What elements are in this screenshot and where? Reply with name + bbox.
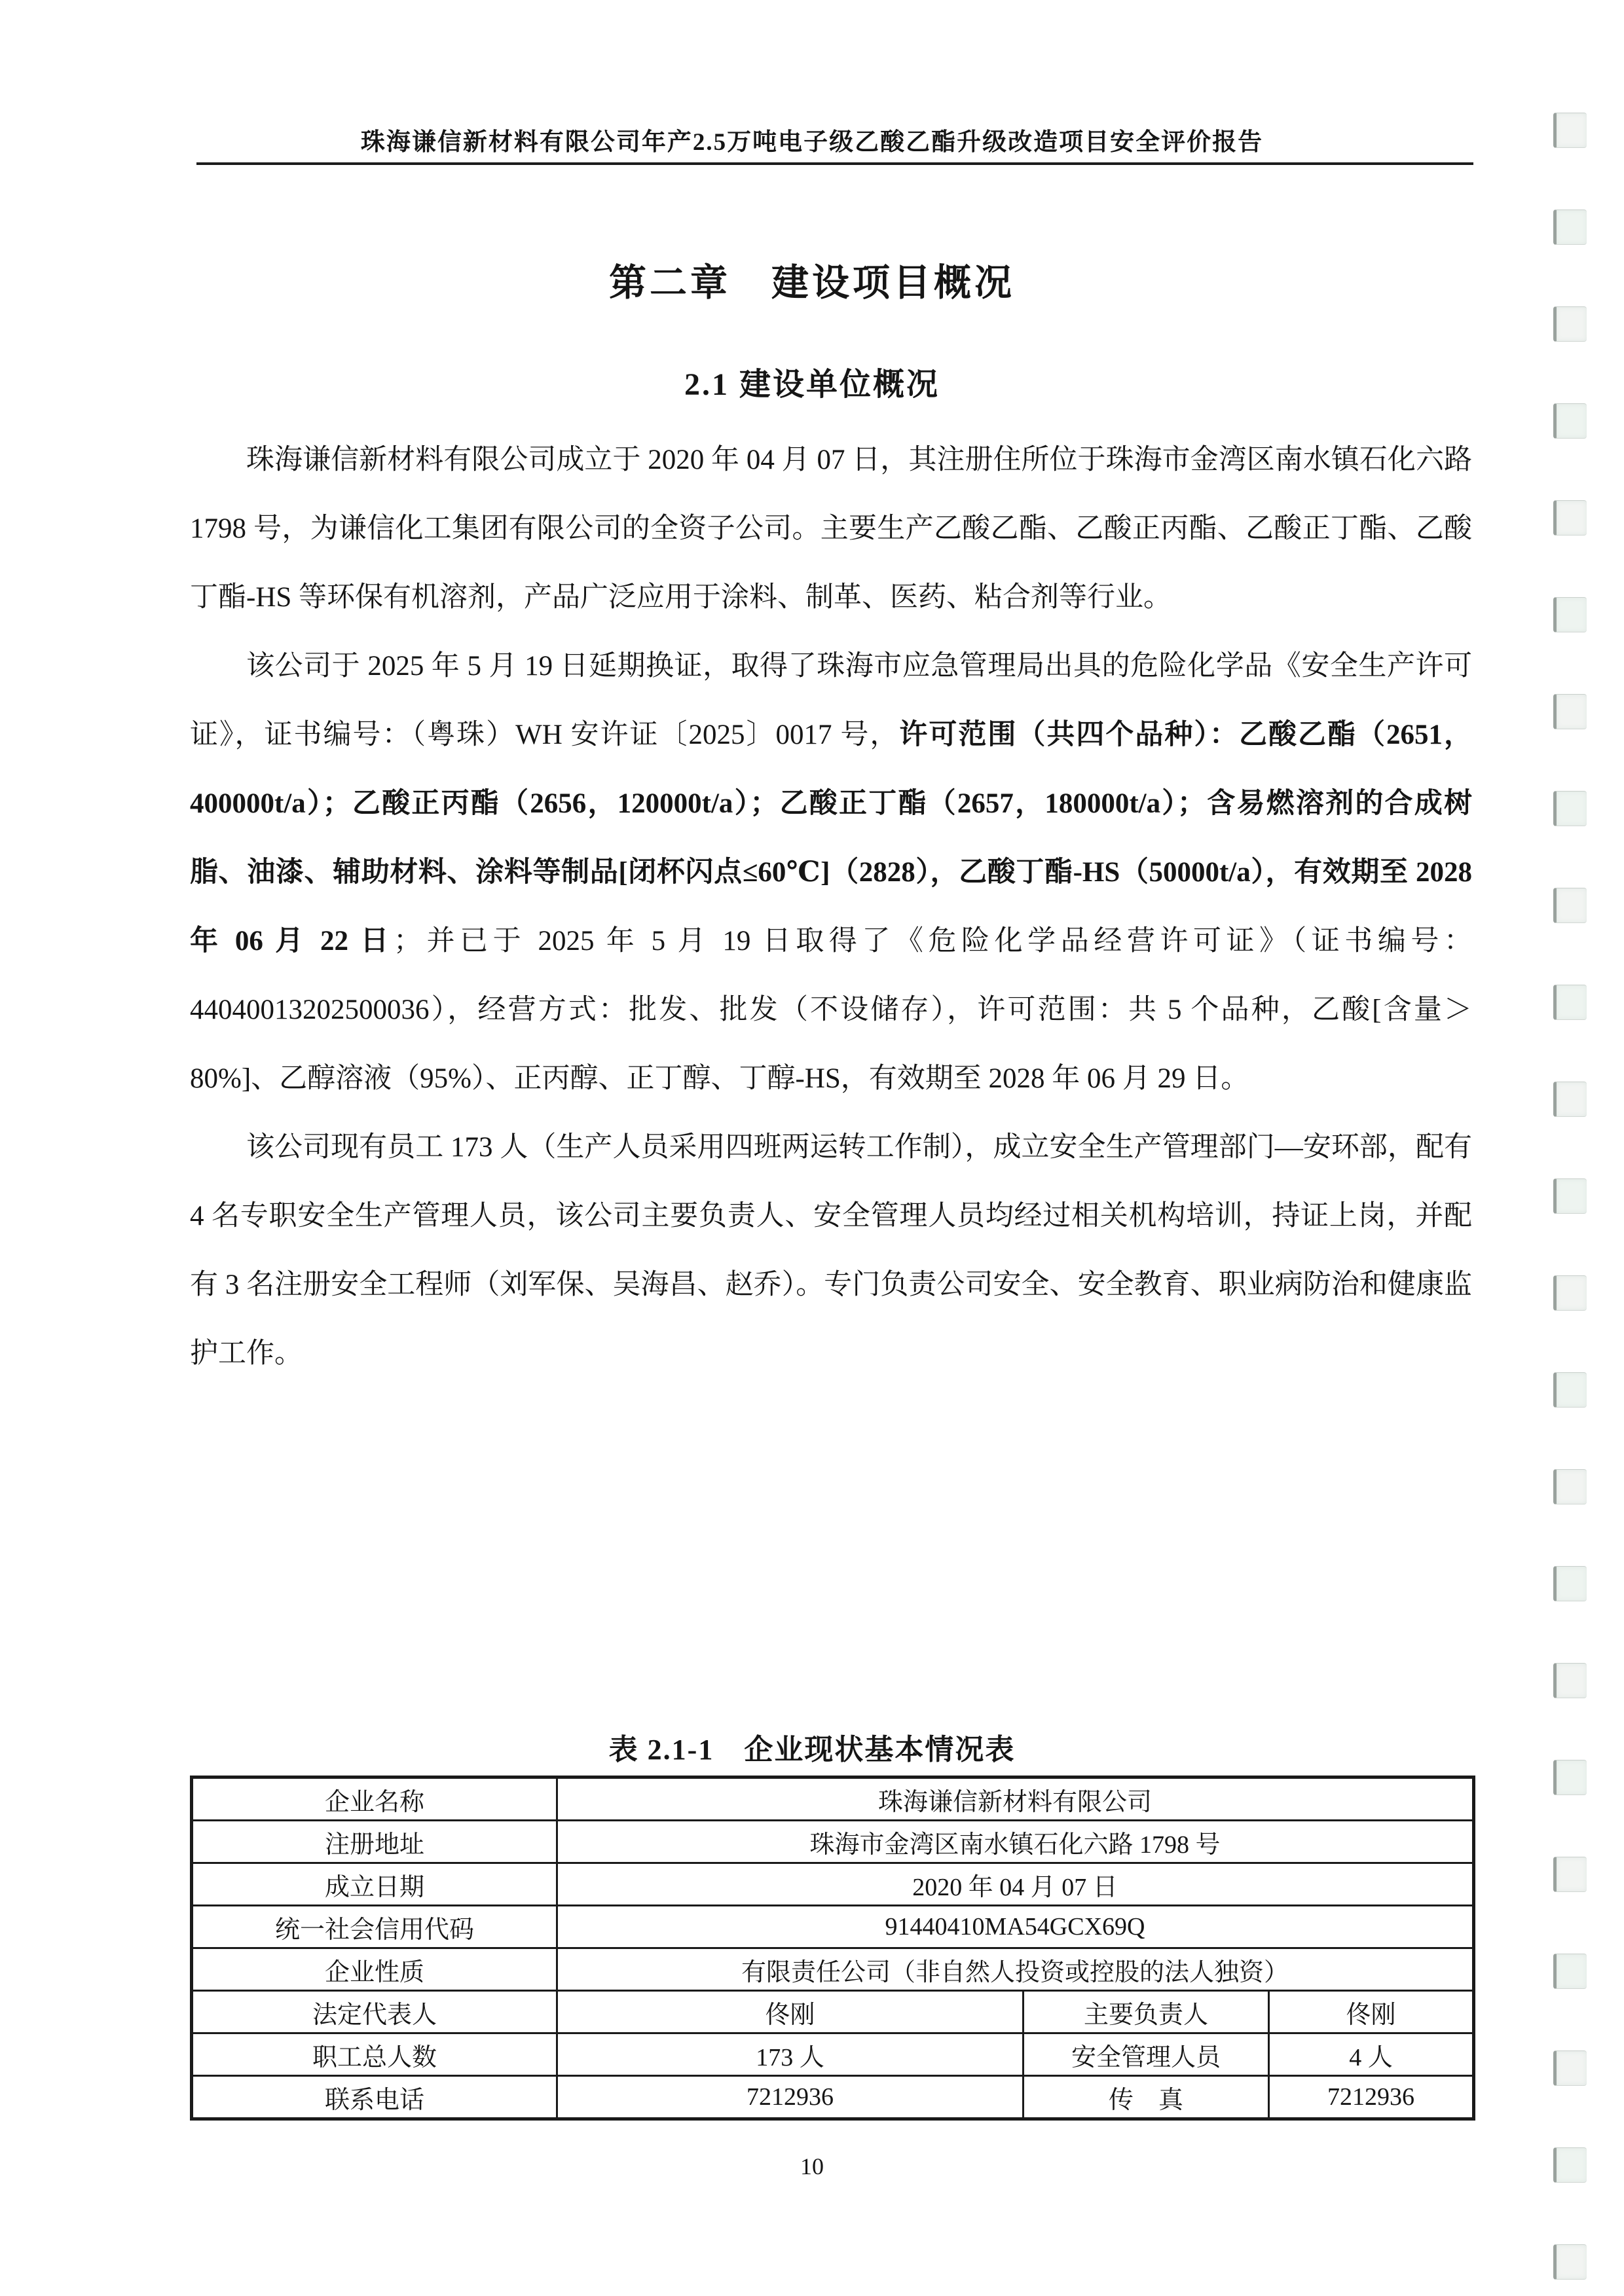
license-scope-bold: 许可范围（共四个品种）：乙酸乙酯（2651，400000t/a）；乙酸正丙酯（2… [190, 720, 1472, 957]
row-value: 佟刚 [1269, 1991, 1474, 2033]
row-value: 7212936 [557, 2076, 1024, 2119]
table-row: 法定代表人 佟刚 主要负责人 佟刚 [192, 1991, 1474, 2033]
row-value: 4 人 [1269, 2033, 1474, 2076]
row-label: 企业性质 [192, 1948, 557, 1991]
binding-hole [1553, 1857, 1587, 1892]
row-label: 法定代表人 [192, 1991, 557, 2033]
scanned-report-page: 珠海谦信新材料有限公司年产2.5万吨电子级乙酸乙酯升级改造项目安全评价报告 第二… [0, 0, 1624, 2296]
table-row: 统一社会信用代码 91440410MA54GCX69Q [192, 1906, 1474, 1948]
running-header: 珠海谦信新材料有限公司年产2.5万吨电子级乙酸乙酯升级改造项目安全评价报告 [0, 122, 1624, 157]
table-row: 职工总人数 173 人 安全管理人员 4 人 [192, 2033, 1474, 2076]
body-text: 珠海谦信新材料有限公司成立于 2020 年 04 月 07 日，其注册住所位于珠… [190, 426, 1472, 1388]
binding-hole [1553, 985, 1587, 1020]
row-value: 91440410MA54GCX69Q [557, 1906, 1474, 1948]
binding-hole [1553, 500, 1587, 536]
header-rule [196, 162, 1473, 165]
binding-hole [1553, 791, 1587, 826]
binding-hole [1553, 306, 1587, 342]
binding-hole [1553, 1469, 1587, 1504]
row-label: 成立日期 [192, 1863, 557, 1906]
row-label: 统一社会信用代码 [192, 1906, 557, 1948]
table-row: 注册地址 珠海市金湾区南水镇石化六路 1798 号 [192, 1821, 1474, 1863]
row-label: 企业名称 [192, 1777, 557, 1821]
binding-hole [1553, 1372, 1587, 1408]
binding-hole [1553, 2244, 1587, 2280]
row-value: 2020 年 04 月 07 日 [557, 1863, 1474, 1906]
row-value: 珠海市金湾区南水镇石化六路 1798 号 [557, 1821, 1474, 1863]
row-value: 有限责任公司（非自然人投资或控股的法人独资） [557, 1948, 1474, 1991]
row-label: 联系电话 [192, 2076, 557, 2119]
binding-hole [1553, 1760, 1587, 1795]
row-label: 职工总人数 [192, 2033, 557, 2076]
paragraph-staffing: 该公司现有员工 173 人（生产人员采用四班两运转工作制），成立安全生产管理部门… [190, 1113, 1472, 1388]
binding-hole [1553, 1566, 1587, 1601]
binding-hole [1553, 2050, 1587, 2086]
row-value: 7212936 [1269, 2076, 1474, 2119]
row-label: 注册地址 [192, 1821, 557, 1863]
row-value: 佟刚 [557, 1991, 1024, 2033]
binding-hole [1553, 597, 1587, 632]
row-label: 安全管理人员 [1024, 2033, 1269, 2076]
row-value: 珠海谦信新材料有限公司 [557, 1777, 1474, 1821]
paragraph-licenses: 该公司于 2025 年 5 月 19 日延期换证，取得了珠海市应急管理局出具的危… [190, 632, 1472, 1113]
chapter-title: 第二章 建设项目概况 [0, 253, 1624, 306]
binding-hole [1553, 1178, 1587, 1214]
binding-hole [1553, 694, 1587, 729]
binding-hole [1553, 113, 1587, 148]
table-row: 联系电话 7212936 传 真 7212936 [192, 2076, 1474, 2119]
binding-hole [1553, 1275, 1587, 1311]
table-row: 企业性质 有限责任公司（非自然人投资或控股的法人独资） [192, 1948, 1474, 1991]
binding-hole [1553, 1663, 1587, 1698]
row-label: 主要负责人 [1024, 1991, 1269, 2033]
binding-hole [1553, 1082, 1587, 1117]
binding-hole [1553, 888, 1587, 923]
row-value: 173 人 [557, 2033, 1024, 2076]
binding-hole [1553, 210, 1587, 245]
row-label: 传 真 [1024, 2076, 1269, 2119]
binding-hole [1553, 403, 1587, 439]
page-number: 10 [0, 2153, 1624, 2180]
binding-hole [1553, 1954, 1587, 1989]
section-title: 2.1 建设单位概况 [0, 359, 1624, 404]
paragraph-company-intro: 珠海谦信新材料有限公司成立于 2020 年 04 月 07 日，其注册住所位于珠… [190, 426, 1472, 632]
binding-hole [1553, 2147, 1587, 2183]
table-row: 成立日期 2020 年 04 月 07 日 [192, 1863, 1474, 1906]
table-row: 企业名称 珠海谦信新材料有限公司 [192, 1777, 1474, 1821]
table-caption: 表 2.1-1 企业现状基本情况表 [0, 1726, 1624, 1768]
company-info-table: 企业名称 珠海谦信新材料有限公司 注册地址 珠海市金湾区南水镇石化六路 1798… [190, 1776, 1475, 2121]
